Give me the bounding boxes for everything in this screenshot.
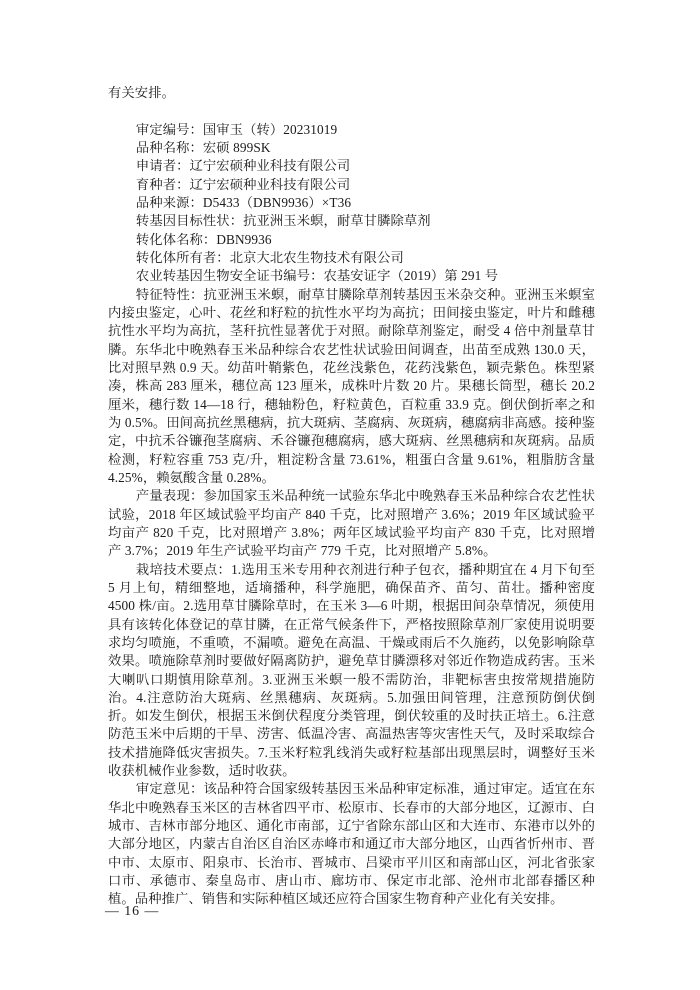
paragraph-cultivation-techniques: 栽培技术要点：1.选用玉米专用种衣剂进行种子包衣，播种期宜在 4 月下旬至 5 … [108,561,595,781]
field-row-applicant: 申请者：辽宁宏硕种业科技有限公司 [108,157,595,175]
field-row-event-name: 转化体名称：DBN9936 [108,231,595,249]
field-label: 品种来源： [136,195,203,210]
field-label: 转化体名称： [136,232,216,247]
field-value: 北京大北农生物技术有限公司 [230,250,404,265]
field-row-safety-certificate: 农业转基因生物安全证书编号：农基安证字（2019）第 291 号 [108,267,595,285]
paragraph-characteristics: 特征特性：抗亚洲玉米螟，耐草甘膦除草剂转基因玉米杂交种。亚洲玉米螟室内接虫鉴定，… [108,286,595,488]
field-row-variety-name: 品种名称：宏硕 899SK [108,139,595,157]
paragraph-yield-performance: 产量表现：参加国家玉米品种统一试验东华北中晚熟春玉米品种综合农艺性状试验，201… [108,487,595,560]
field-value: 辽宁宏硕种业科技有限公司 [190,158,351,173]
field-value: 宏硕 899SK [203,140,271,155]
field-row-event-owner: 转化体所有者：北京大北农生物技术有限公司 [108,249,595,267]
field-label: 转基因目标性状： [136,213,243,228]
field-row-variety-source: 品种来源：D5433（DBN9936）×T36 [108,194,595,212]
field-row-gm-target-trait: 转基因目标性状：抗亚洲玉米螟，耐草甘膦除草剂 [108,212,595,230]
field-row-approval-number: 审定编号：国审玉（转）20231019 [108,121,595,139]
field-value: D5433（DBN9936）×T36 [203,195,351,210]
paragraph-body: 抗亚洲玉米螟，耐草甘膦除草剂转基因玉米杂交种。亚洲玉米螟室内接虫鉴定，心叶、花丝… [108,287,595,485]
document-page: 有关安排。 审定编号：国审玉（转）20231019 品种名称：宏硕 899SK … [0,0,700,990]
field-value: DBN9936 [216,232,271,247]
field-list: 审定编号：国审玉（转）20231019 品种名称：宏硕 899SK 申请者：辽宁… [108,121,595,286]
field-label: 品种名称： [136,140,203,155]
field-label: 审定编号： [136,122,203,137]
paragraph-approval-opinion: 审定意见：该品种符合国家级转基因玉米品种审定标准，通过审定。适宜在东华北中晚熟春… [108,780,595,908]
paragraph-body: 1.选用玉米专用种衣剂进行种子包衣，播种期宜在 4 月下旬至 5 月上旬，精细整… [108,562,595,779]
field-value: 辽宁宏硕种业科技有限公司 [190,177,351,192]
field-label: 农业转基因生物安全证书编号： [136,268,324,283]
field-value: 国审玉（转）20231019 [203,122,337,137]
page-number: — 16 — [105,902,159,920]
field-value: 农基安证字（2019）第 291 号 [323,268,498,283]
paragraph-body: 该品种符合国家级转基因玉米品种审定标准，通过审定。适宜在东华北中晚熟春玉米区的吉… [108,781,595,906]
paragraph-heading: 栽培技术要点： [136,562,231,577]
field-label: 转化体所有者： [136,250,230,265]
paragraph-heading: 特征特性： [136,287,204,302]
paragraph-heading: 产量表现： [136,488,204,503]
paragraph-heading: 审定意见： [136,781,204,796]
field-label: 育种者： [136,177,190,192]
field-label: 申请者： [136,158,190,173]
page-body: 有关安排。 审定编号：国审玉（转）20231019 品种名称：宏硕 899SK … [108,84,595,909]
field-row-breeder: 育种者：辽宁宏硕种业科技有限公司 [108,176,595,194]
continuation-paragraph: 有关安排。 [108,84,595,102]
field-value: 抗亚洲玉米螟，耐草甘膦除草剂 [243,213,431,228]
